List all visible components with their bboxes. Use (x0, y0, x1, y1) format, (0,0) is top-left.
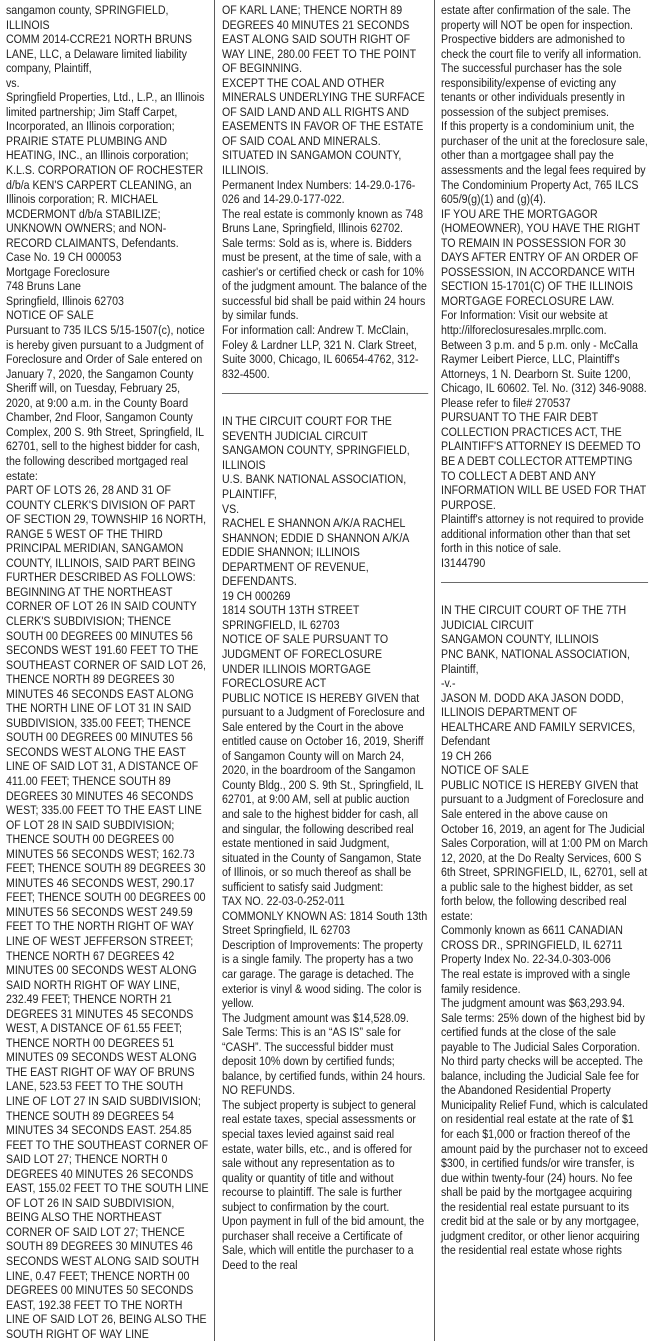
confirmation-inspection: estate after confirmation of the sale. T… (441, 3, 648, 61)
defendants: JASON M. DODD AKA JASON DODD, ILLINOIS D… (441, 691, 648, 749)
property-street: 748 Bruns Lane (6, 279, 209, 294)
plaintiff: U.S. BANK NATIONAL ASSOCIATION, PLAINTIF… (222, 472, 428, 501)
notice-title: NOTICE OF SALE (6, 308, 209, 323)
judgment-amount: The Judgment amount was $14,528.09. (222, 1011, 428, 1026)
court-location: SANGAMON COUNTY, ILLINOIS (441, 632, 648, 647)
attorney-disclaimer: Plaintiff's attorney is not required to … (441, 512, 648, 556)
versus: -v.- (441, 676, 648, 691)
notice-title: NOTICE OF SALE (441, 763, 648, 778)
notice-title: NOTICE OF SALE PURSUANT TO JUDGMENT OF F… (222, 632, 428, 661)
notice-subtitle: UNDER ILLINOIS MORTGAGE FORECLOSURE ACT (222, 662, 428, 691)
sale-terms: Sale Terms: This is an “AS IS” sale for … (222, 1025, 428, 1098)
sale-terms: Sale terms: 25% down of the highest bid … (441, 1011, 648, 1258)
attorney-contact: For Information: Visit our website at ht… (441, 308, 648, 410)
improvements-description: The real estate is improved with a singl… (441, 967, 648, 996)
fdcpa-notice: PURSUANT TO THE FAIR DEBT COLLECTION PRA… (441, 410, 648, 512)
case-number: 19 CH 266 (441, 749, 648, 764)
court-header: sangamon county, SPRINGFIELD, ILLINOIS (6, 3, 209, 32)
court-header: IN THE CIRCUIT COURT FOR THE SEVENTH JUD… (222, 414, 428, 443)
case-number: Case No. 19 CH 000053 (6, 250, 209, 265)
column-1: sangamon county, SPRINGFIELD, ILLINOIS C… (6, 3, 209, 1341)
improvements-description: Description of Improvements: The propert… (222, 938, 428, 1011)
plaintiff: COMM 2014-CCRE21 NORTH BRUNS LANE, LLC, … (6, 32, 209, 76)
versus: VS. (222, 502, 428, 517)
mineral-exception: EXCEPT THE COAL AND OTHER MINERALS UNDER… (222, 76, 428, 178)
eviction-responsibility: The successful purchaser has the sole re… (441, 61, 648, 119)
sale-paragraph: Pursuant to 735 ILCS 5/15-1507(c), notic… (6, 323, 209, 483)
mortgagor-rights: IF YOU ARE THE MORTGAGOR (HOMEOWNER), YO… (441, 207, 648, 309)
property-city: Springfield, Illinois 62703 (6, 294, 209, 309)
case-number: 19 CH 000269 (222, 589, 428, 604)
common-address: COMMONLY KNOWN AS: 1814 South 13th Stree… (222, 909, 428, 938)
notice-bruns-lane-continued: sangamon county, SPRINGFIELD, ILLINOIS C… (6, 3, 209, 1341)
notice-shannon: IN THE CIRCUIT COURT FOR THE SEVENTH JUD… (222, 414, 428, 1272)
notice-dodd: IN THE CIRCUIT COURT OF THE 7TH JUDICIAL… (441, 603, 648, 1258)
tax-number: TAX NO. 22-03-0-252-011 (222, 894, 428, 909)
public-notice-paragraph: PUBLIC NOTICE IS HEREBY GIVEN that pursu… (441, 778, 648, 923)
notice-shannon-continued: estate after confirmation of the sale. T… (441, 3, 648, 570)
notice-id: I3144790 (441, 556, 648, 571)
judgment-amount: The judgment amount was $63,293.94. (441, 996, 648, 1011)
public-notice-paragraph: PUBLIC NOTICE IS HEREBY GIVEN that pursu… (222, 691, 428, 895)
metes-and-bounds-end: OF KARL LANE; THENCE NORTH 89 DEGREES 40… (222, 3, 428, 76)
column-divider (214, 0, 215, 1341)
subject-to-taxes: The subject property is subject to gener… (222, 1098, 428, 1214)
notice-bruns-lane-end: OF KARL LANE; THENCE NORTH 89 DEGREES 40… (222, 3, 428, 381)
column-2: OF KARL LANE; THENCE NORTH 89 DEGREES 40… (222, 3, 428, 1341)
legal-notices-page: sangamon county, SPRINGFIELD, ILLINOIS C… (0, 0, 652, 1341)
column-divider (434, 0, 435, 1341)
defendants: Springfield Properties, Ltd., L.P., an I… (6, 90, 209, 250)
property-street: 1814 SOUTH 13TH STREET (222, 603, 428, 618)
defendants: RACHEL E SHANNON A/K/A RACHEL SHANNON; E… (222, 516, 428, 589)
metes-and-bounds: BEGINNING AT THE NORTHEAST CORNER OF LOT… (6, 585, 209, 1341)
permanent-index-numbers: Permanent Index Numbers: 14-29.0-176-026… (222, 178, 428, 207)
condominium-clause: If this property is a condominium unit, … (441, 119, 648, 206)
property-city: SPRINGFIELD, IL 62703 (222, 618, 428, 633)
versus: vs. (6, 76, 209, 91)
common-address: The real estate is commonly known as 748… (222, 207, 428, 236)
property-index-number: Property Index No. 22-34.0-303-006 (441, 952, 648, 967)
court-header: IN THE CIRCUIT COURT OF THE 7TH JUDICIAL… (441, 603, 648, 632)
notice-separator (222, 393, 428, 394)
legal-description: PART OF LOTS 26, 28 AND 31 OF COUNTY CLE… (6, 483, 209, 585)
common-address: Commonly known as 6611 CANADIAN CROSS DR… (441, 923, 648, 952)
notice-separator (441, 582, 648, 583)
case-type: Mortgage Foreclosure (6, 265, 209, 280)
certificate-of-sale: Upon payment in full of the bid amount, … (222, 1214, 428, 1272)
sale-terms: Sale terms: Sold as is, where is. Bidder… (222, 236, 428, 323)
contact-info: For information call: Andrew T. McClain,… (222, 323, 428, 381)
court-location: SANGAMON COUNTY, SPRINGFIELD, ILLINOIS (222, 443, 428, 472)
column-3: estate after confirmation of the sale. T… (441, 3, 648, 1341)
plaintiff: PNC BANK, NATIONAL ASSOCIATION, Plaintif… (441, 647, 648, 676)
